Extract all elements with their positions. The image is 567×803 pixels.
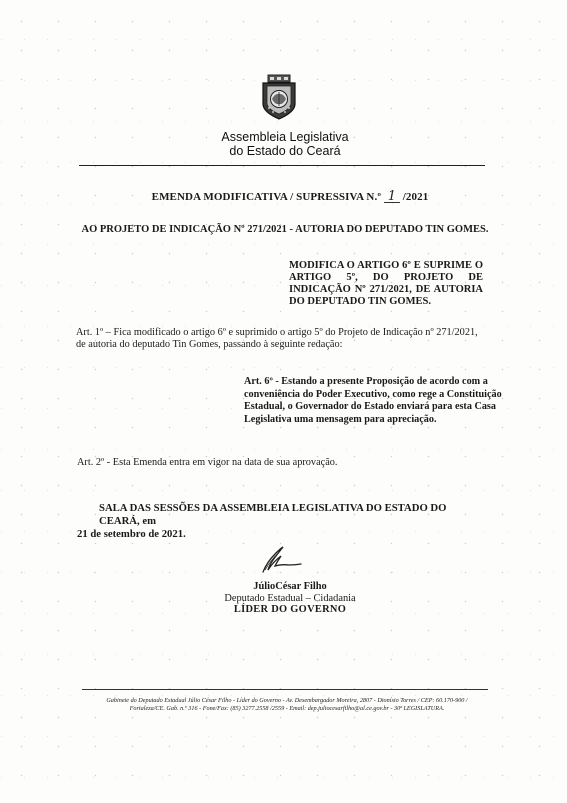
- document-subtitle: AO PROJETO DE INDICAÇÃO Nº 271/2021 - AU…: [60, 224, 510, 235]
- quoted-article-6: Art. 6º - Estando a presente Proposição …: [244, 376, 485, 426]
- article-1: Art. 1º – Fica modificado o artigo 6º e …: [76, 327, 488, 351]
- institution-name-line2: do Estado do Ceará: [180, 144, 390, 158]
- ementa-line: ARTIGO 5º, DO PROJETO DE: [289, 272, 483, 284]
- document-page: Assembleia Legislativa do Estado do Cear…: [0, 0, 567, 803]
- ementa-line: MODIFICA O ARTIGO 6º E SUPRIME O: [289, 260, 483, 272]
- handwritten-amendment-number: 1: [384, 192, 400, 203]
- signer-name: JúlioCésar Filho: [190, 581, 390, 593]
- signer-role: LÍDER DO GOVERNO: [190, 604, 390, 616]
- quoted-line: conveniência do Poder Executivo, como re…: [244, 389, 485, 402]
- closing-line1: SALA DAS SESSÕES DA ASSEMBLEIA LEGISLATI…: [99, 502, 446, 527]
- title-prefix: EMENDA MODIFICATIVA / SUPRESSIVA N.º: [152, 191, 381, 203]
- signer-position: Deputado Estadual – Cidadania: [190, 593, 390, 605]
- quoted-line: Legislativa uma mensagem para apreciação…: [244, 414, 485, 427]
- state-coat-of-arms-icon: [259, 74, 299, 120]
- footer-divider: [82, 689, 488, 690]
- article-2: Art. 2º - Esta Emenda entra em vigor na …: [77, 457, 338, 468]
- signature-block: JúlioCésar Filho Deputado Estadual – Cid…: [190, 581, 390, 616]
- institution-name-line1: Assembleia Legislativa: [180, 130, 390, 144]
- closing-date: 21 de setembro de 2021.: [77, 528, 489, 541]
- footer-line2: Fortaleza/CE. Gab. n.º 316 - Fone/Fax: (…: [82, 705, 492, 713]
- document-title: EMENDA MODIFICATIVA / SUPRESSIVA N.º 1 /…: [100, 191, 480, 203]
- footer-contact: Gabinete do Deputado Estadual Júlio Césa…: [82, 697, 492, 713]
- ementa-summary: MODIFICA O ARTIGO 6º E SUPRIME O ARTIGO …: [289, 260, 483, 308]
- handwritten-signature-icon: [259, 544, 305, 574]
- title-suffix: /2021: [403, 191, 429, 203]
- quoted-line: Art. 6º - Estando a presente Proposição …: [244, 376, 485, 389]
- footer-line1: Gabinete do Deputado Estadual Júlio Césa…: [82, 697, 492, 705]
- ementa-line: INDICAÇÃO Nº 271/2021, DE AUTORIA: [289, 284, 483, 296]
- quoted-line: Estadual, o Governador do Estado enviará…: [244, 401, 485, 414]
- session-closing: SALA DAS SESSÕES DA ASSEMBLEIA LEGISLATI…: [99, 502, 489, 541]
- ementa-line: DO DEPUTADO TIN GOMES.: [289, 296, 483, 308]
- header-divider: [79, 165, 485, 166]
